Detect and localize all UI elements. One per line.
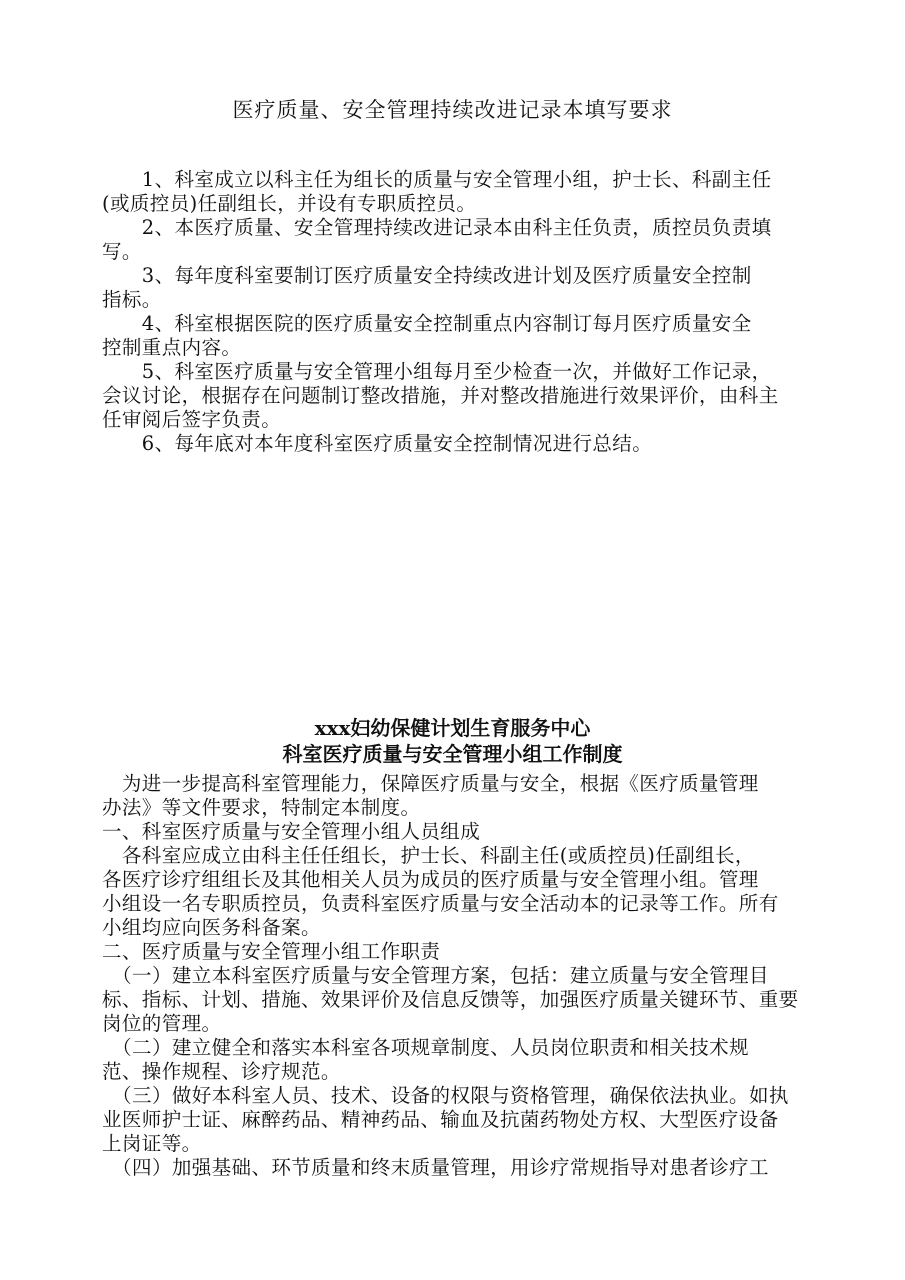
text-line: 各科室应成立由科主任任组长，护士长、科副主任(或质控员)任副组长， [102,844,755,868]
text-line: 控制重点内容。 [102,336,241,360]
page-1-title: 医疗质量、安全管理持续改进记录本填写要求 [0,94,905,124]
text-line: 6、每年底对本年度科室医疗质量安全控制情况进行总结。 [102,432,652,456]
text-line: 5、科室医疗质量与安全管理小组每月至少检查一次，并做好工作记录， [102,360,772,384]
text-line: 办法》等文件要求，特制定本制度。 [102,796,420,820]
text-line: 小组设一名专职质控员，负责科室医疗质量与安全活动本的记录等工作。所有 [102,892,779,916]
text-line: 标、指标、计划、措施、效果评价及信息反馈等，加强医疗质量关键环节、重要 [102,988,799,1012]
text-line: （一）建立本科室医疗质量与安全管理方案，包括：建立质量与安全管理目 [102,964,769,988]
text-line: 各医疗诊疗组组长及其他相关人员为成员的医疗质量与安全管理小组。管理 [102,868,759,892]
text-line: 上岗证等。 [102,1132,202,1156]
text-line: （二）建立健全和落实本科室各项规章制度、人员岗位职责和相关技术规 [102,1036,749,1060]
section-heading: 一、科室医疗质量与安全管理小组人员组成 [102,820,480,844]
section-heading: 二、医疗质量与安全管理小组工作职责 [102,940,440,964]
text-line: （三）做好本科室人员、技术、设备的权限与资格管理，确保依法执业。如执 [102,1084,789,1108]
text-line: 4、科室根据医院的医疗质量安全控制重点内容制订每月医疗质量安全 [102,312,752,336]
text-line: 1、科室成立以科主任为组长的质量与安全管理小组，护士长、科副主任 [102,168,772,192]
regulation-title: 科室医疗质量与安全管理小组工作制度 [0,738,905,767]
text-line: 任审阅后签字负责。 [102,408,281,432]
text-line: 会议讨论，根据存在问题制订整改措施，并对整改措施进行效果评价，由科主 [102,384,779,408]
text-line: 业医师护士证、麻醉药品、精神药品、输血及抗菌药物处方权、大型医疗设备 [102,1108,779,1132]
text-line: （四）加强基础、环节质量和终末质量管理，用诊疗常规指导对患者诊疗工 [102,1156,769,1180]
text-line: 2、本医疗质量、安全管理持续改进记录本由科主任负责，质控员负责填 [102,216,772,240]
text-line: 小组均应向医务科备案。 [102,916,321,940]
text-line: 写。 [102,240,142,264]
org-title: xxx妇幼保健计划生育服务中心 [0,712,905,741]
text-line: 岗位的管理。 [102,1012,221,1036]
text-line: 指标。 [102,288,162,312]
text-line: (或质控员)任副组长，并设有专职质控员。 [102,192,476,216]
text-line: 为进一步提高科室管理能力，保障医疗质量与安全，根据《医疗质量管理 [102,772,759,796]
text-line: 3、每年度科室要制订医疗质量安全持续改进计划及医疗质量安全控制 [102,264,752,288]
text-line: 范、操作规程、诊疗规范。 [102,1060,341,1084]
